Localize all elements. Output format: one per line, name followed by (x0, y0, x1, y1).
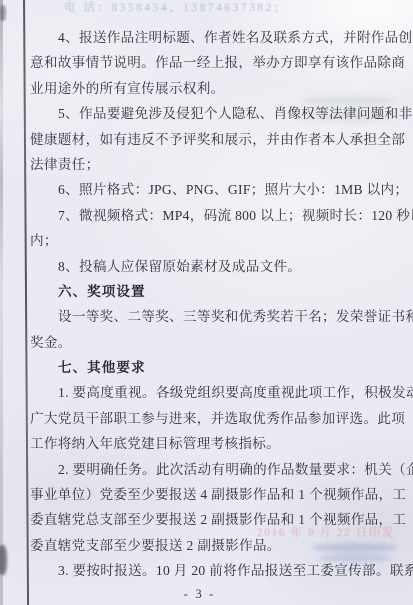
text-line: 广大党员干部职工参与进来，并选取优秀作品参加评选。此项 (30, 406, 398, 431)
scan-left-edge (0, 0, 3, 605)
bleed-through-smudge (312, 543, 398, 552)
text-line: 8、投稿人应保留原始素材及成品文件。 (30, 254, 398, 279)
text-line: 2. 要明确任务。此次活动有明确的作品数量要求：机关（企 (30, 457, 398, 482)
text-line: 4、报送作品注明标题、作者姓名及联系方式，并附作品创 (30, 25, 398, 50)
bleed-through-top-text: 电 话：8358454、13874637382； (64, 0, 409, 16)
document-body: 4、报送作品注明标题、作者姓名及联系方式，并附作品创 意和故事情节说明。作品一经… (30, 25, 398, 584)
section-heading-awards: 六、奖项设置 (30, 279, 398, 304)
text-line: 1. 要高度重视。各级党组织要高度重视此项工作，积极发动 (30, 380, 398, 405)
text-line: 内； (30, 228, 398, 253)
bleed-through-date-text: 2016 年 9 月 22 日印发 (257, 524, 395, 540)
scan-artifact-smudge (0, 545, 7, 575)
scan-artifact-smudge (0, 5, 6, 21)
text-line: 法律责任； (30, 152, 398, 177)
page-number: - 3 - (0, 586, 406, 602)
text-line: 3. 要按时报送。10 月 20 前将作品报送至工委宣传部。联系 (30, 558, 398, 583)
scanned-document-page: 电 话：8358454、13874637382； 4、报送作品注明标题、作者姓名… (0, 0, 413, 605)
bleed-through-smudge (318, 554, 392, 562)
text-line: 5、作品要避免涉及侵犯个人隐私、肖像权等法律问题和非 (30, 101, 398, 126)
text-line: 工作将纳入年底党建目标管理考核指标。 (30, 431, 398, 456)
text-line: 7、微视频格式：MP4，码流 800 以上；视频时长：120 秒以 (30, 203, 398, 228)
left-margin-line (23, 0, 29, 605)
text-line: 6、照片格式：JPG、PNG、GIF；照片大小：1MB 以内； (30, 177, 398, 202)
text-line: 意和故事情节说明。作品一经上报，举办方即享有该作品除商 (30, 50, 398, 75)
text-line: 业用途外的所有宣传展示权利。 (30, 76, 398, 101)
text-line: 奖金。 (30, 330, 398, 355)
text-line: 健康题材，如有违反不予评奖和展示，并由作者本人承担全部 (30, 127, 398, 152)
section-heading-other-requirements: 七、其他要求 (30, 355, 398, 380)
text-line: 事业单位）党委至少要报送 4 副摄影作品和 1 个视频作品，工 (30, 482, 398, 507)
text-line: 设一等奖、二等奖、三等奖和优秀奖若干名；发荣誉证书和 (30, 304, 398, 329)
